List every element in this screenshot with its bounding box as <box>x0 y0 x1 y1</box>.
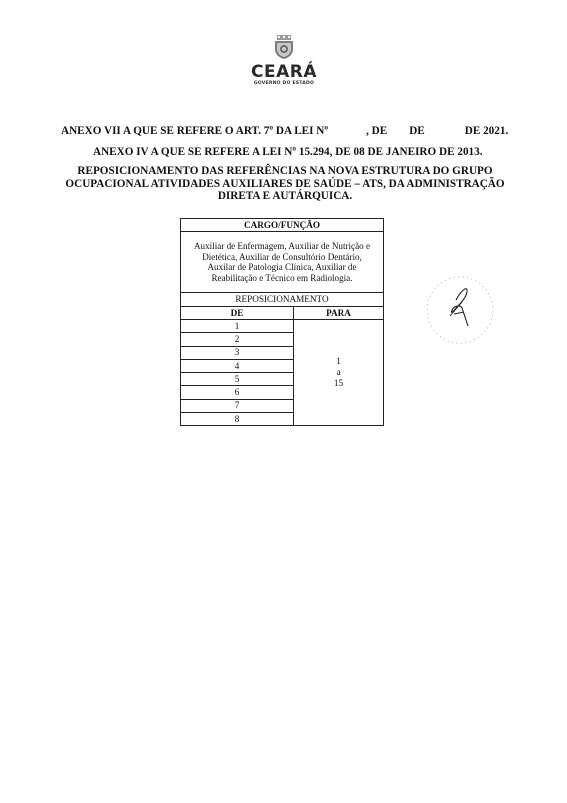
repositioning-table: CARGO/FUNÇÃO Auxiliar de Enfermagem, Aux… <box>180 218 384 426</box>
positions-line: Auxiliar de Enfermagem, Auxiliar de Nutr… <box>183 241 381 252</box>
signature-stamp-icon <box>420 270 502 348</box>
de-value: 8 <box>181 413 294 426</box>
de-value: 7 <box>181 399 294 412</box>
para-value-end: 15 <box>294 378 383 389</box>
document-title: REPOSICIONAMENTO DAS REFERÊNCIAS NA NOVA… <box>50 165 520 203</box>
column-header-de: DE <box>181 307 294 320</box>
annex-line-1-part-c: DE <box>409 125 425 137</box>
section-label: REPOSICIONAMENTO <box>181 293 384 307</box>
annex-line-1-part-a: ANEXO VII A QUE SE REFERE O ART. 7º DA L… <box>61 125 328 137</box>
annex-line-1: ANEXO VII A QUE SE REFERE O ART. 7º DA L… <box>61 125 508 137</box>
positions-cell: Auxiliar de Enfermagem, Auxiliar de Nutr… <box>181 232 384 293</box>
annex-line-1-part-b: , DE <box>366 125 387 137</box>
annex-line-1-part-d: DE 2021. <box>465 125 509 137</box>
de-value: 3 <box>181 346 294 359</box>
title-line: OCUPACIONAL ATIVIDADES AUXILIARES DE SAÚ… <box>50 178 520 191</box>
logo-subtitle: GOVERNO DO ESTADO <box>248 81 320 87</box>
table-row: 1 1 a 15 <box>181 320 384 333</box>
positions-line: Reabilitação e Técnico em Radiologia. <box>183 273 381 284</box>
title-line: REPOSICIONAMENTO DAS REFERÊNCIAS NA NOVA… <box>50 165 520 178</box>
de-value: 5 <box>181 373 294 386</box>
annex-line-2: ANEXO IV A QUE SE REFERE A LEI Nº 15.294… <box>93 146 483 158</box>
para-value-separator: a <box>294 367 383 378</box>
government-logo: CEARÁ GOVERNO DO ESTADO <box>248 34 320 87</box>
de-value: 2 <box>181 333 294 346</box>
para-value-start: 1 <box>294 356 383 367</box>
de-value: 1 <box>181 320 294 333</box>
logo-title: CEARÁ <box>248 63 320 81</box>
de-value: 6 <box>181 386 294 399</box>
table-header-cargo: CARGO/FUNÇÃO <box>181 219 384 232</box>
positions-line: Dietética, Auxiliar de Consultório Dentá… <box>183 252 381 263</box>
column-header-para: PARA <box>294 307 384 320</box>
title-line: DIRETA E AUTÁRQUICA. <box>50 190 520 203</box>
positions-line: Auxilar de Patologia Clínica, Auxiliar d… <box>183 262 381 273</box>
state-coat-of-arms-icon <box>273 34 295 60</box>
de-value: 4 <box>181 359 294 372</box>
para-value-cell: 1 a 15 <box>294 320 384 426</box>
